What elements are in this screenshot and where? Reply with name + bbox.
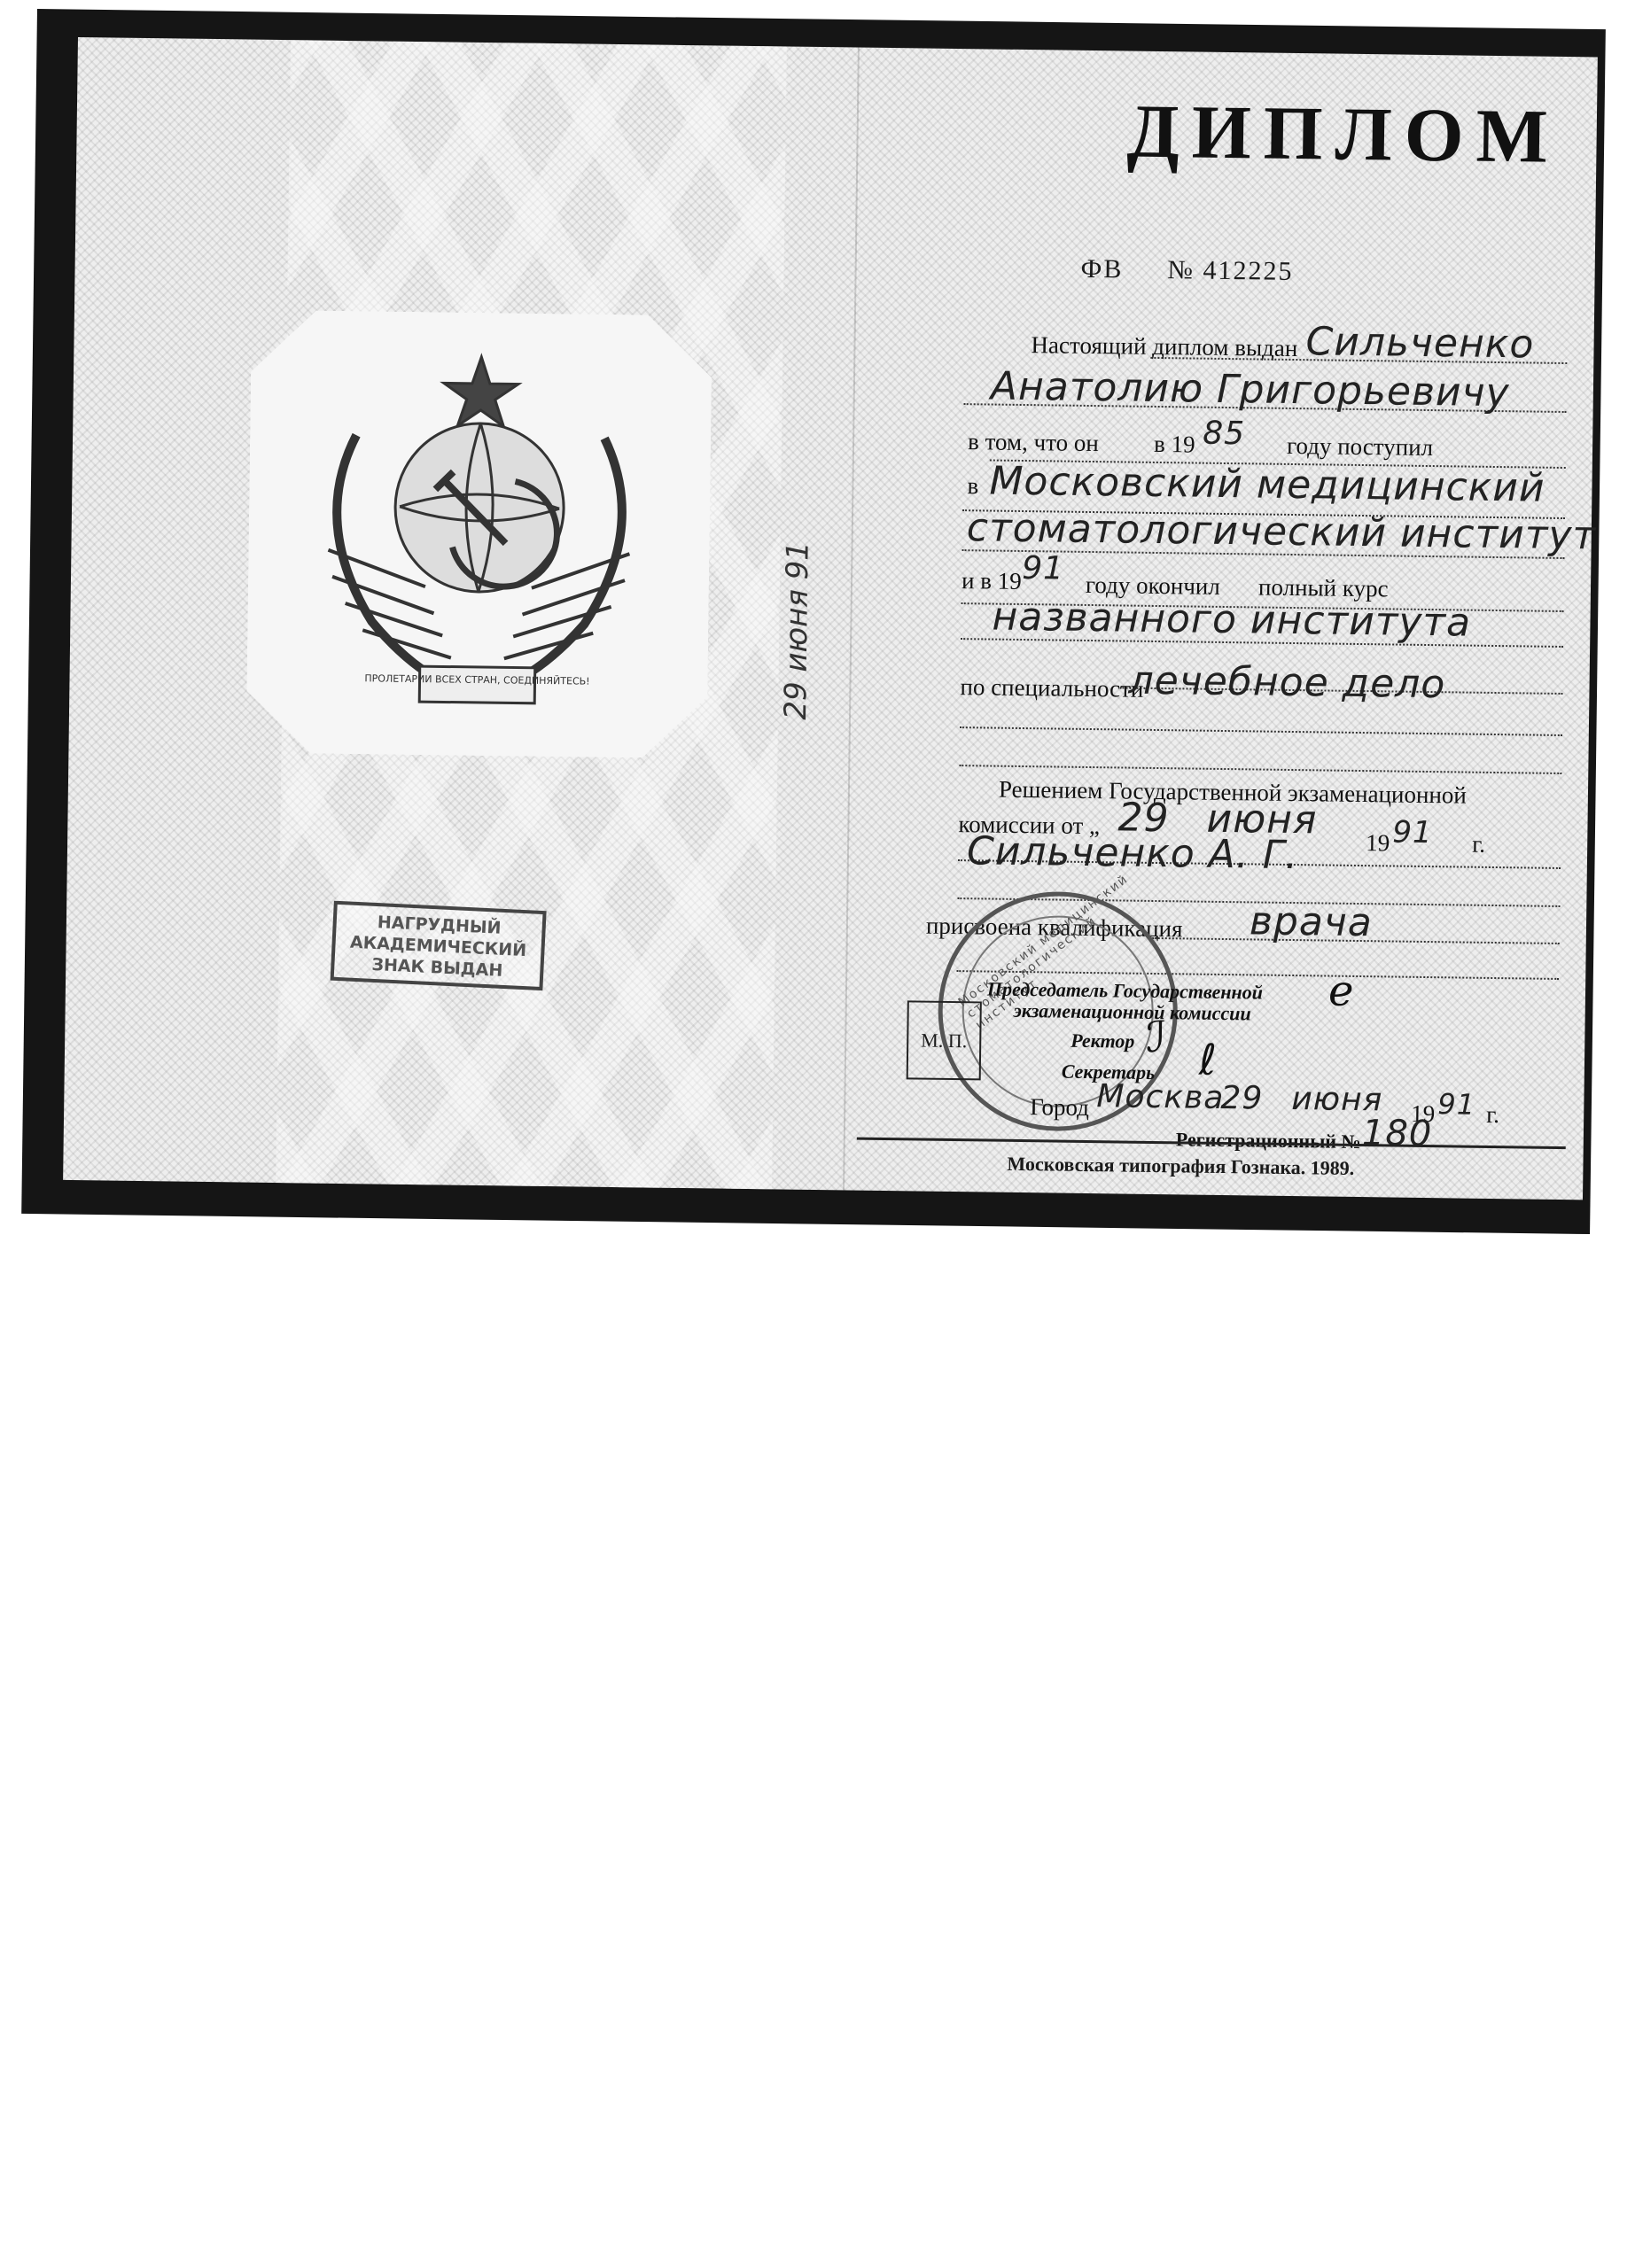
document-title: ДИПЛОМ [1126, 87, 1561, 181]
chairman-signature: ℯ [1328, 967, 1354, 1016]
secretary-signature: ℓ [1199, 1036, 1218, 1085]
decision-year-prefix: 19 [1366, 829, 1390, 857]
city-label: Город [1030, 1093, 1089, 1122]
rector-signature: ℐ [1146, 1013, 1166, 1062]
footer-year: 91 [1437, 1087, 1475, 1122]
fill-line [959, 765, 1561, 774]
academic-badge-stamp: НАГРУДНЫЙ АКАДЕМИЧЕСКИЙ ЗНАК ВЫДАН [331, 901, 547, 990]
right-page: ДИПЛОМ ФВ№ 412225 Настоящий диплом выдан… [847, 48, 1598, 1200]
seal-place-label: М. П. [921, 1029, 967, 1052]
seal-place-box: М. П. [907, 1000, 982, 1080]
year-suffix: г. [1472, 831, 1485, 858]
specialty-label: по специальности [960, 673, 1143, 703]
enrolled-in-label: в 19 [1154, 431, 1195, 459]
graduated-year: 91 [1022, 550, 1064, 587]
recipient-surname: Сильченко [1305, 319, 1534, 367]
decision-year: 91 [1392, 814, 1433, 850]
registration-label: Регистрационный № [1176, 1128, 1361, 1153]
number-sign: № [1167, 255, 1195, 284]
left-page: ПРОЛЕТАРИИ ВСЕХ СТРАН, СОЕДИНЯЙТЕСЬ! 29 … [63, 37, 862, 1190]
enrolled-suffix: году поступил [1287, 432, 1433, 462]
document-number: 412225 [1203, 256, 1293, 286]
vertical-handwritten-date: 29 июня 91 [778, 541, 816, 720]
footer-year-suffix: г. [1486, 1101, 1499, 1129]
emblem-motto: ПРОЛЕТАРИИ ВСЕХ СТРАН, СОЕДИНЯЙТЕСЬ! [364, 672, 589, 687]
enrolled-year: 85 [1203, 416, 1245, 453]
printer-imprint: Московская типография Гознака. 1989. [1007, 1153, 1354, 1180]
in-label: в [967, 472, 978, 500]
fill-line [960, 726, 1562, 736]
footer-date-day: 29 [1220, 1080, 1263, 1117]
diploma-spread: ПРОЛЕТАРИИ ВСЕХ СТРАН, СОЕДИНЯЙТЕСЬ! 29 … [63, 37, 1598, 1200]
recipient-given-names: Анатолию Григорьевичу [991, 364, 1510, 416]
city-value: Москва [1096, 1078, 1224, 1116]
rector-label: Ректор [1071, 1029, 1134, 1053]
specialty-value: лечебное дело [1128, 658, 1445, 708]
ussr-emblem-icon: ПРОЛЕТАРИИ ВСЕХ СТРАН, СОЕДИНЯЙТЕСЬ! [273, 328, 686, 741]
graduated-prefix: и в 19 [962, 567, 1022, 595]
course-of: названного института [992, 594, 1471, 646]
enrolled-prefix: в том, что он [968, 428, 1099, 457]
qualification-value: врача [1250, 898, 1373, 945]
issued-to-label: Настоящий диплом выдан [1031, 331, 1297, 362]
institution-line1: Московский медицинский [989, 459, 1545, 511]
chairman-label-line2: экзаменационной комиссии [1014, 999, 1251, 1026]
registration-number: 180 [1362, 1113, 1433, 1154]
document-serial: ФВ№ 412225 [1080, 254, 1293, 287]
series: ФВ [1080, 254, 1123, 284]
